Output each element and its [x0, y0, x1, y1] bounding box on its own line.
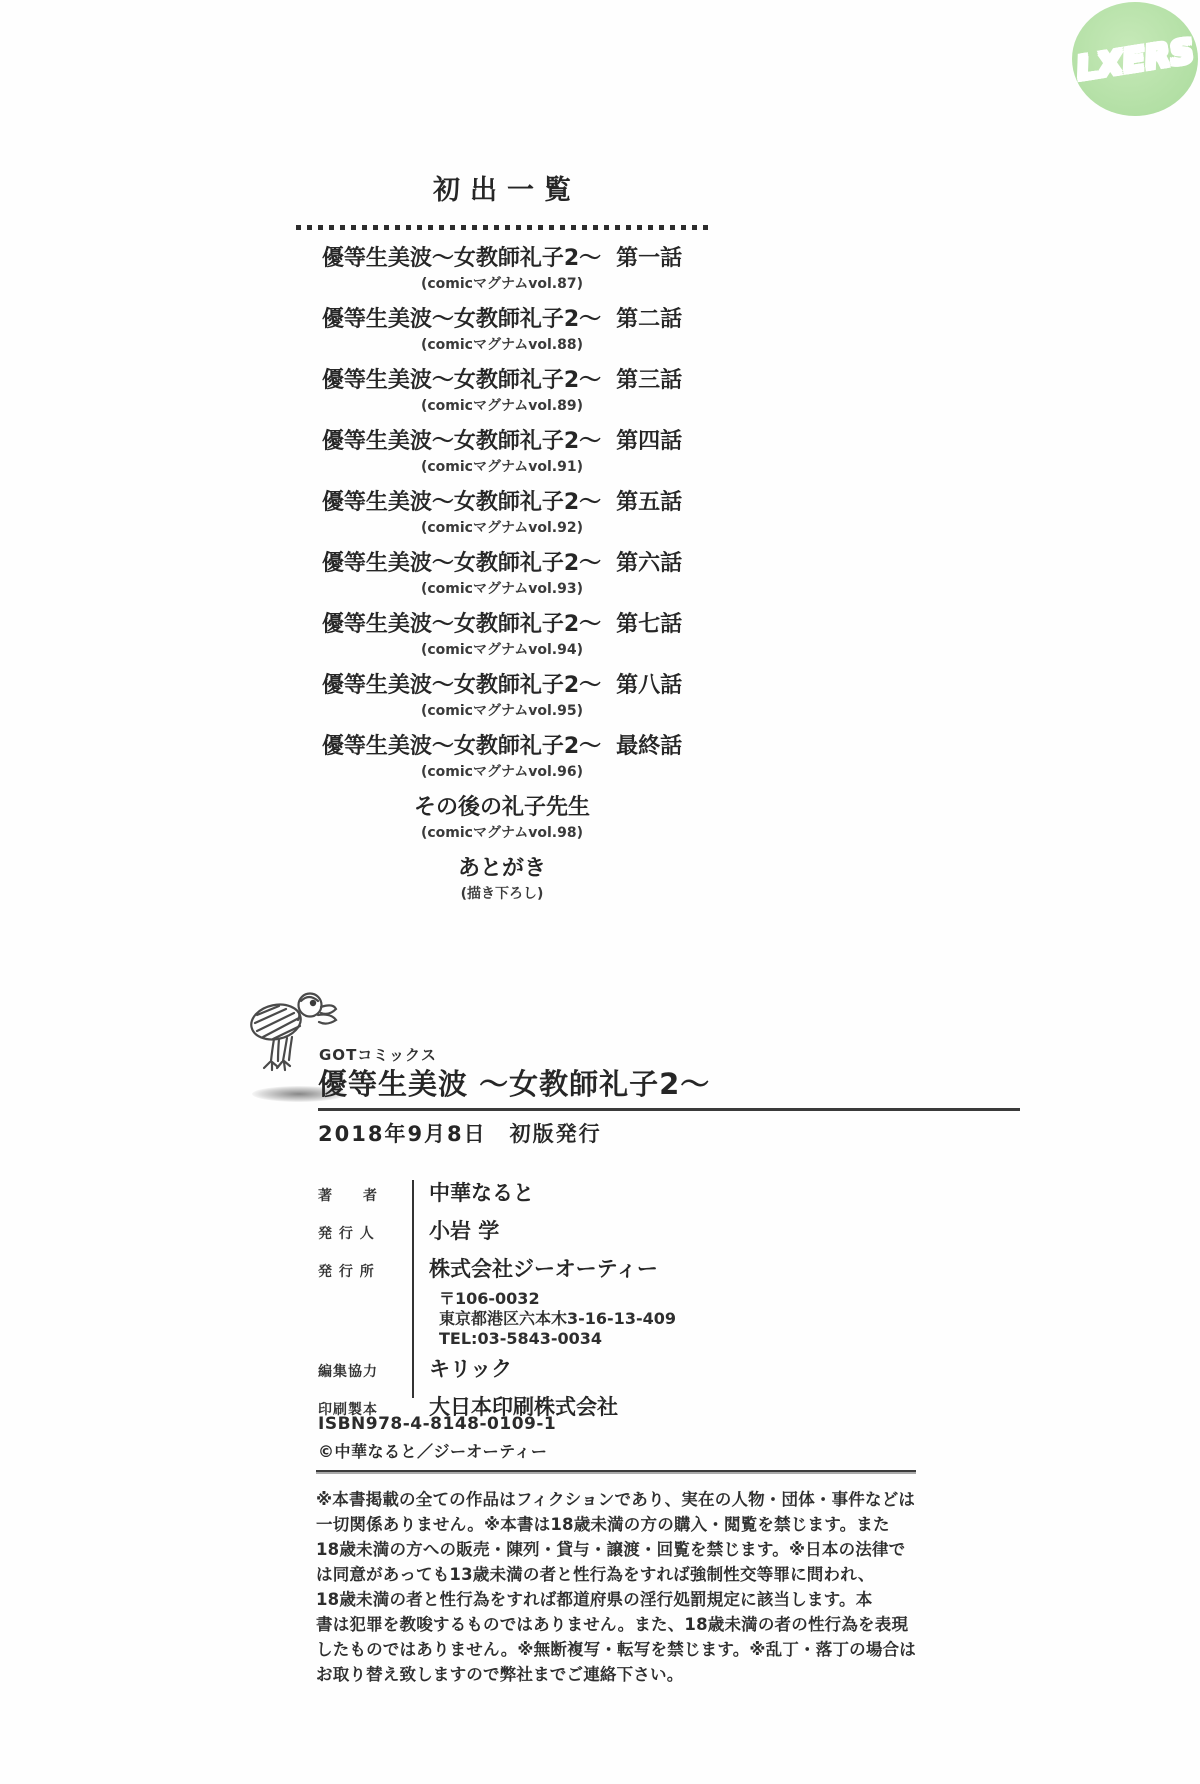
isbn: ISBN978-4-8148-0109-1 — [318, 1414, 556, 1434]
entry-source: (comicマグナムvol.96) — [296, 762, 708, 783]
credit-value: 株式会社ジーオーティー — [412, 1253, 658, 1283]
publication-entry: 優等生美波～女教師礼子2～第八話 (comicマグナムvol.95) — [296, 671, 708, 722]
entry-source: (comicマグナムvol.95) — [296, 701, 708, 722]
title-rule — [318, 1108, 1020, 1111]
publication-entry: その後の礼子先生 (comicマグナムvol.98) — [296, 793, 708, 844]
book-title: 優等生美波 ～女教師礼子2～ — [318, 1062, 710, 1103]
entry-title: 優等生美波～女教師礼子2～ — [322, 244, 601, 274]
legal-notice: ※本書掲載の全ての作品はフィクションであり、実在の人物・団体・事件などは 一切関… — [316, 1470, 916, 1687]
publication-entry: 優等生美波～女教師礼子2～第一話 (comicマグナムvol.87) — [296, 244, 708, 295]
entry-chapter: 最終話 — [616, 732, 682, 762]
credit-row-author: 著 者 中華なると — [318, 1177, 878, 1207]
publication-date: 2018年9月8日 初版発行 — [318, 1118, 602, 1148]
legal-line: 18歳未満の方への販売・陳列・貸与・譲渡・回覧を禁じます。※日本の法律で — [316, 1537, 916, 1562]
entry-chapter: 第三話 — [616, 366, 682, 396]
entry-title: 優等生美波～女教師礼子2～ — [322, 671, 601, 701]
copyright: ©中華なると／ジーオーティー — [318, 1439, 556, 1462]
legal-line: 書は犯罪を教唆するものではありません。また、18歳未満の者の性行為を表現 — [316, 1612, 916, 1637]
lxers-logo-text: LXERS — [1074, 30, 1197, 87]
publication-entry: 優等生美波～女教師礼子2～第七話 (comicマグナムvol.94) — [296, 610, 708, 661]
credit-value: 中華なると — [412, 1177, 534, 1207]
credit-value: キリック — [412, 1353, 512, 1383]
credit-row-publisher-person: 発 行 人 小岩 学 — [318, 1215, 878, 1245]
publication-entry: 優等生美波～女教師礼子2～第六話 (comicマグナムvol.93) — [296, 549, 708, 600]
entry-chapter: 第五話 — [616, 488, 682, 518]
publication-entry: 優等生美波～女教師礼子2～最終話 (comicマグナムvol.96) — [296, 732, 708, 783]
entry-chapter: 第六話 — [616, 549, 682, 579]
publisher-address: 東京都港区六本木3-16-13-409 — [439, 1309, 878, 1329]
entry-source: (comicマグナムvol.94) — [296, 640, 708, 661]
publication-entry: 優等生美波～女教師礼子2～第三話 (comicマグナムvol.89) — [296, 366, 708, 417]
entry-title: 優等生美波～女教師礼子2～ — [322, 732, 601, 762]
entry-title: あとがき — [458, 854, 546, 884]
entry-title: 優等生美波～女教師礼子2～ — [322, 610, 601, 640]
credit-row-publisher-company: 発 行 所 株式会社ジーオーティー — [318, 1253, 878, 1283]
legal-line: したものではありません。※無断複写・転写を禁じます。※乱丁・落丁の場合は — [316, 1637, 916, 1662]
entry-chapter: 第一話 — [616, 244, 682, 274]
entry-chapter: 第二話 — [616, 305, 682, 335]
legal-line: ※本書掲載の全ての作品はフィクションであり、実在の人物・団体・事件などは — [316, 1487, 916, 1512]
colophon-page: LXERS 初出一覧 優等生美波～女教師礼子2～第一話 (comicマグナムvo… — [0, 0, 1200, 1784]
credit-label: 著 者 — [318, 1185, 412, 1205]
entry-title: 優等生美波～女教師礼子2～ — [322, 305, 601, 335]
credit-label: 発 行 所 — [318, 1261, 412, 1281]
publication-entry: 優等生美波～女教師礼子2～第二話 (comicマグナムvol.88) — [296, 305, 708, 356]
entry-chapter: 第四話 — [616, 427, 682, 457]
entry-source: (comicマグナムvol.98) — [296, 823, 708, 844]
entry-title: 優等生美波～女教師礼子2～ — [322, 549, 601, 579]
entry-source: (comicマグナムvol.88) — [296, 335, 708, 356]
entry-title: 優等生美波～女教師礼子2～ — [322, 366, 601, 396]
publication-entry: あとがき (描き下ろし) — [296, 854, 708, 905]
legal-line: は同意があっても13歳未満の者と性行為をすれば強制性交等罪に問われ、 — [316, 1562, 916, 1587]
publication-entries: 優等生美波～女教師礼子2～第一話 (comicマグナムvol.87) 優等生美波… — [296, 244, 708, 905]
section-title: 初出一覧 — [296, 168, 708, 207]
credit-row-editing: 編集協力 キリック — [318, 1353, 878, 1383]
dotted-divider — [296, 225, 708, 230]
isbn-block: ISBN978-4-8148-0109-1 ©中華なると／ジーオーティー — [318, 1414, 556, 1462]
publisher-details: 〒106-0032 東京都港区六本木3-16-13-409 TEL:03-584… — [439, 1289, 878, 1349]
lxers-logo: LXERS — [1072, 2, 1198, 116]
entry-chapter: 第八話 — [616, 671, 682, 701]
legal-line: 18歳未満の者と性行為をすれば都道府県の淫行処罰規定に該当します。本 — [316, 1587, 916, 1612]
entry-chapter: 第七話 — [616, 610, 682, 640]
entry-source: (comicマグナムvol.89) — [296, 396, 708, 417]
publisher-phone: TEL:03-5843-0034 — [439, 1329, 878, 1349]
entry-title: その後の礼子先生 — [414, 793, 590, 823]
first-publication-list: 初出一覧 優等生美波～女教師礼子2～第一話 (comicマグナムvol.87) … — [296, 168, 708, 915]
credit-label: 編集協力 — [318, 1361, 412, 1381]
entry-title: 優等生美波～女教師礼子2～ — [322, 427, 601, 457]
entry-source: (comicマグナムvol.87) — [296, 274, 708, 295]
entry-source: (comicマグナムvol.93) — [296, 579, 708, 600]
credit-value: 小岩 学 — [412, 1215, 499, 1245]
legal-line: お取り替え致しますので弊社までご連絡下さい。 — [316, 1662, 916, 1687]
legal-divider — [316, 1470, 916, 1474]
publisher-postal-code: 〒106-0032 — [439, 1289, 878, 1309]
entry-title: 優等生美波～女教師礼子2～ — [322, 488, 601, 518]
credits-table: 著 者 中華なると 発 行 人 小岩 学 発 行 所 株式会社ジーオーティー 〒… — [318, 1177, 878, 1429]
publication-entry: 優等生美波～女教師礼子2～第五話 (comicマグナムvol.92) — [296, 488, 708, 539]
entry-source: (comicマグナムvol.92) — [296, 518, 708, 539]
publication-entry: 優等生美波～女教師礼子2～第四話 (comicマグナムvol.91) — [296, 427, 708, 478]
credit-label: 発 行 人 — [318, 1223, 412, 1243]
entry-source: (描き下ろし) — [296, 884, 708, 905]
entry-source: (comicマグナムvol.91) — [296, 457, 708, 478]
legal-line: 一切関係ありません。※本書は18歳未満の方の購入・閲覧を禁じます。また — [316, 1512, 916, 1537]
